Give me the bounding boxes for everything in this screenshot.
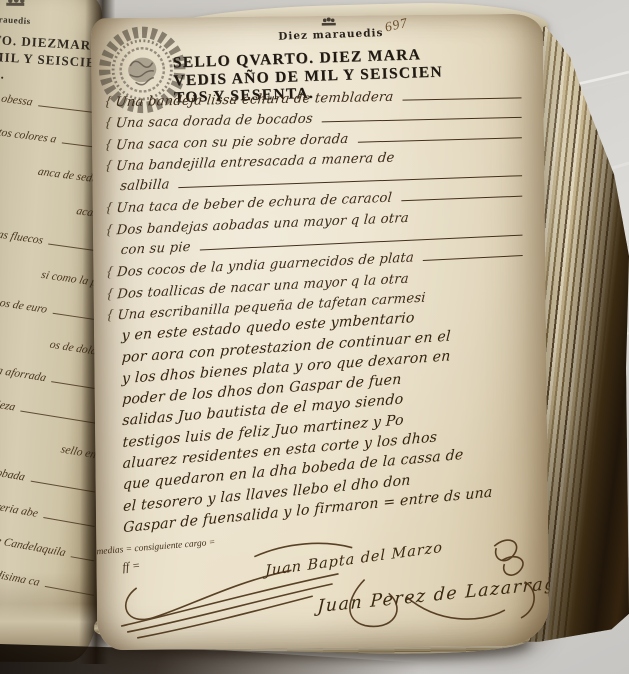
item-rule-dash xyxy=(322,117,522,123)
item-rule-dash xyxy=(403,97,522,100)
printer-ornament-icon xyxy=(4,0,26,10)
left-page-printed-fragments: arauedis TO. DIEZMAR MIL Y SEISCIE A. xyxy=(0,11,98,88)
right-page: Diez marauedis 697 SELLO QVARTO. DIEZ MA… xyxy=(91,14,550,651)
signature-rubric-flourish-icon xyxy=(106,526,547,649)
manuscript-text: salbilla xyxy=(120,178,171,195)
manuscript-text: Una bandeja lissa echura de tembladera xyxy=(115,90,395,110)
manuscript-photo: arauedis TO. DIEZMAR MIL Y SEISCIE A. a … xyxy=(0,0,629,674)
manuscript-text: con su pie xyxy=(120,240,191,258)
item-rule-dash xyxy=(401,196,522,202)
printer-ornament-icon xyxy=(321,17,337,28)
printed-fragment: arauedis xyxy=(0,11,98,34)
item-rule-dash xyxy=(357,137,521,142)
manuscript-text: Una saca dorada de bocados xyxy=(115,112,314,132)
fragment-text: a obessa xyxy=(0,92,34,109)
manuscript-lines: {Una bandeja lissa echura de tembladera{… xyxy=(119,90,528,541)
item-rule-dash xyxy=(423,255,523,261)
